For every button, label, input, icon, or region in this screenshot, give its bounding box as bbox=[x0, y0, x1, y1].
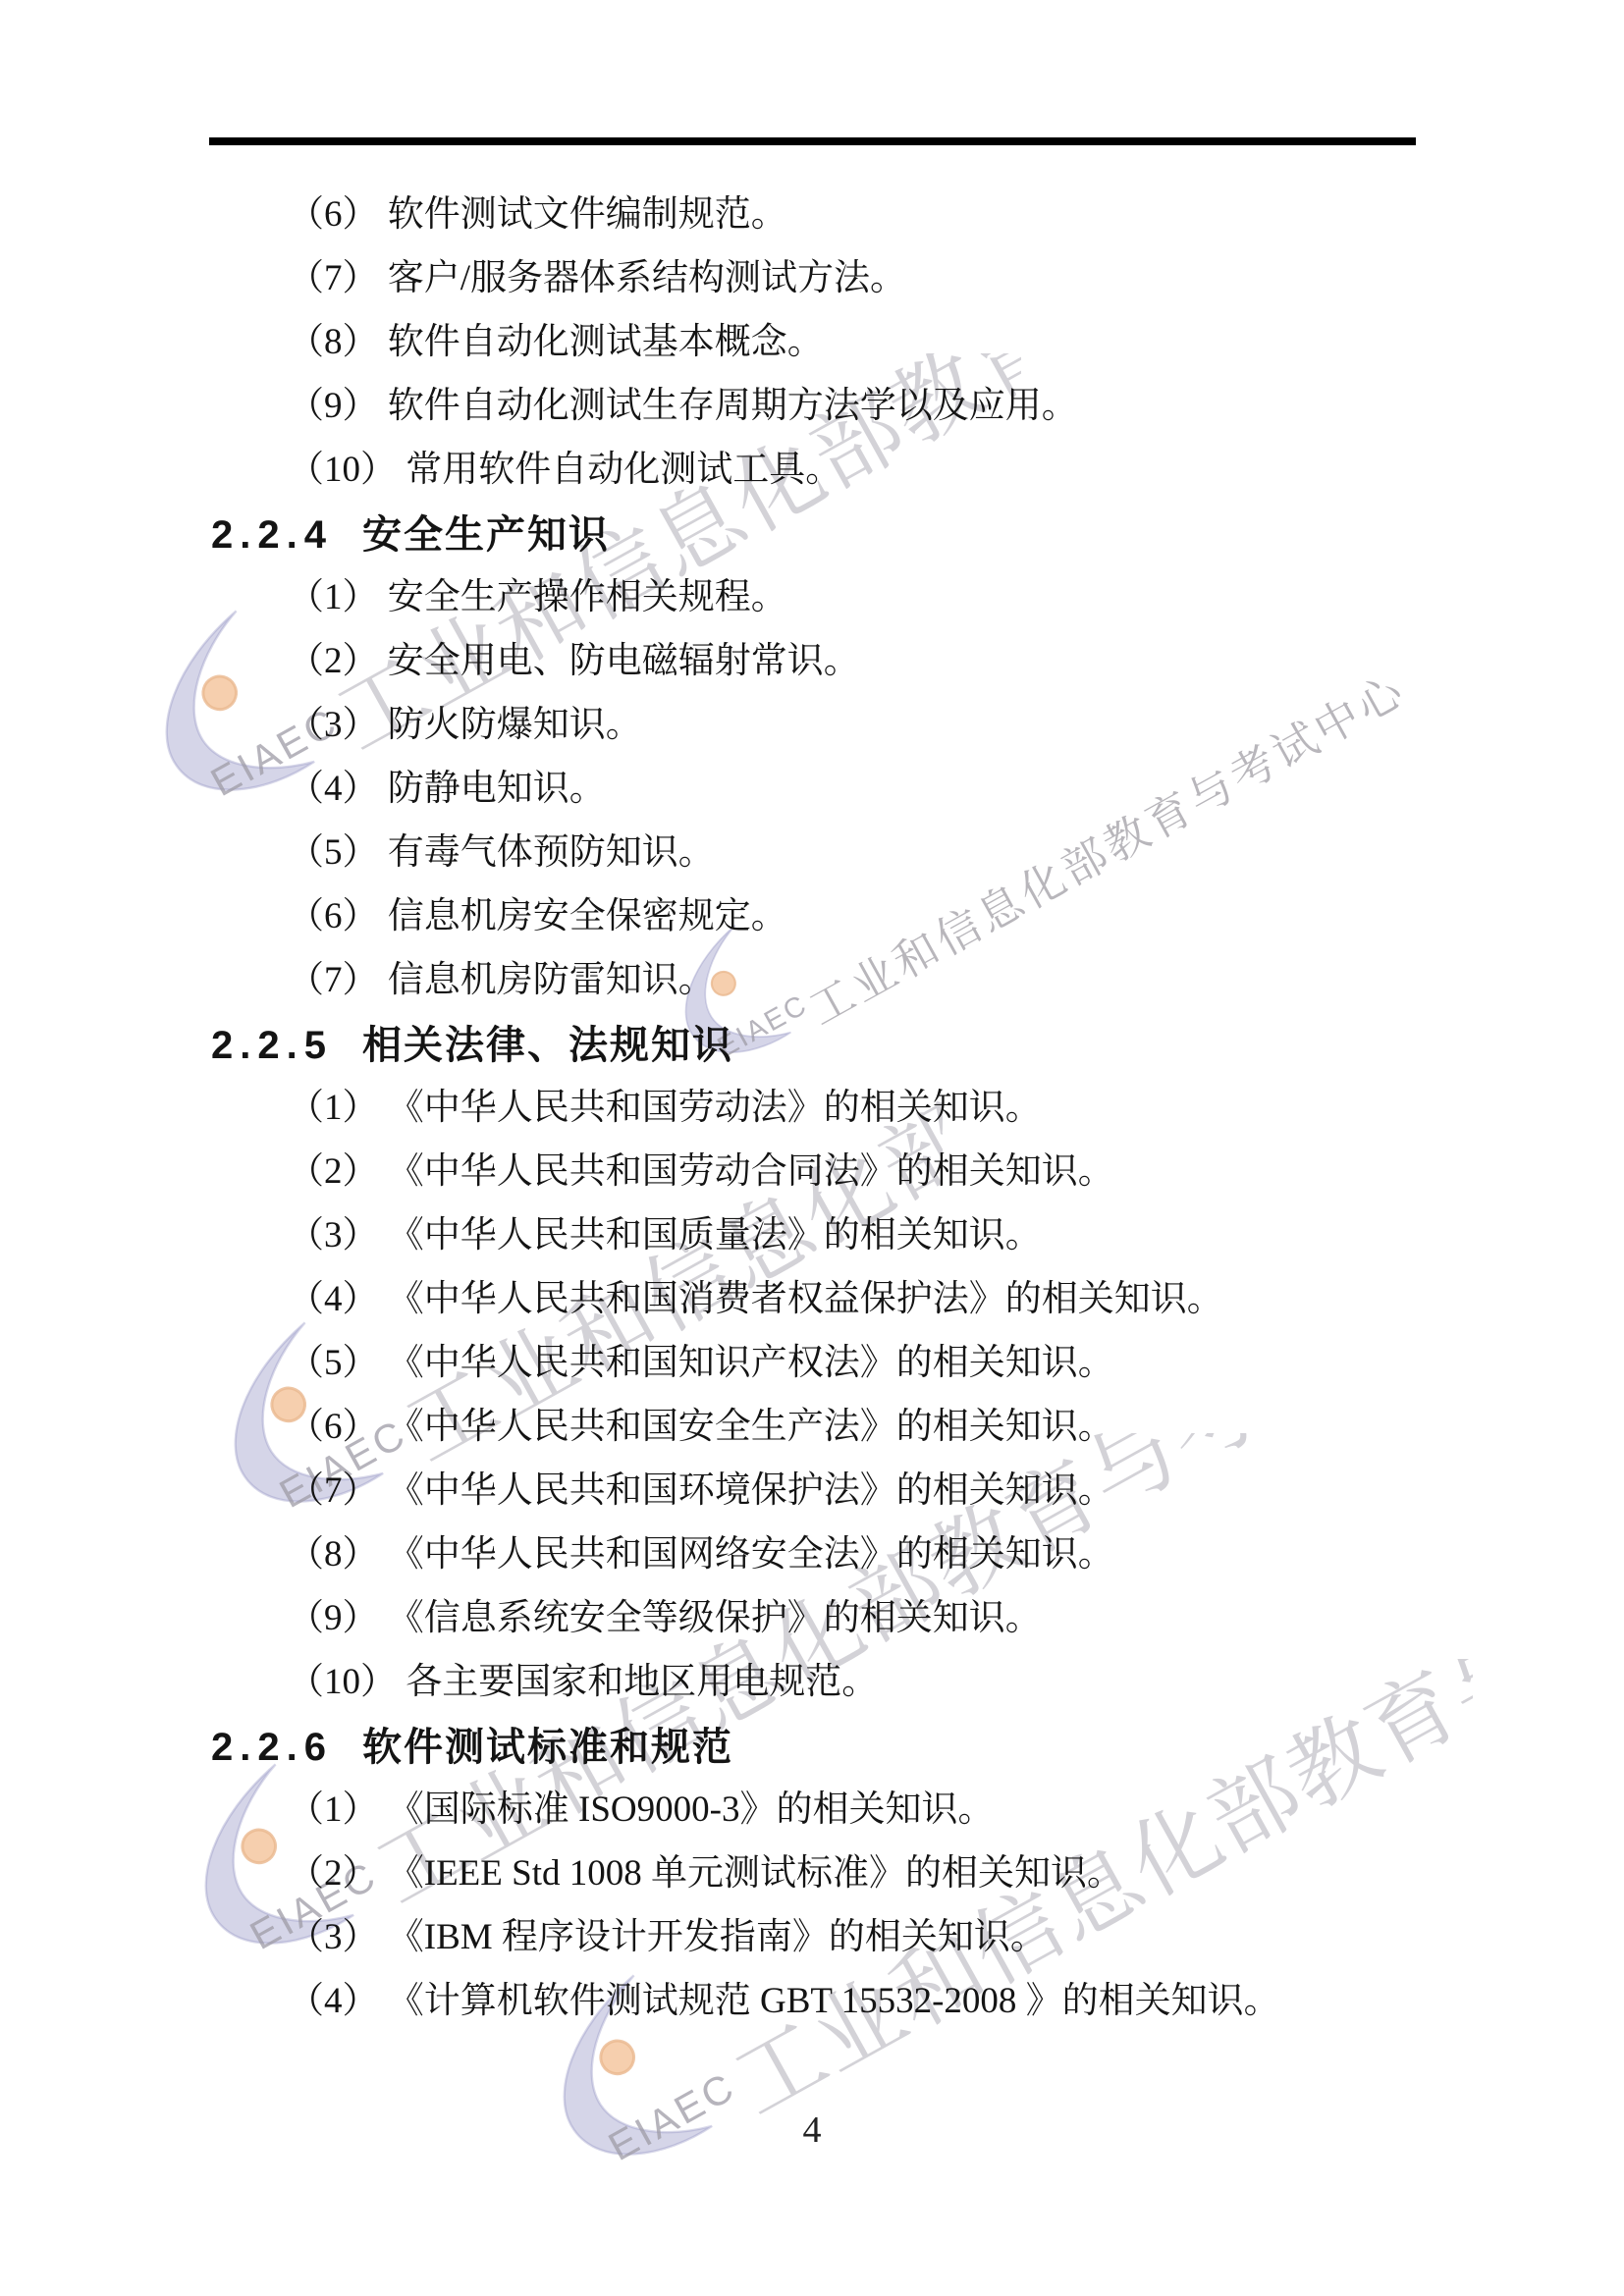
list-item: （5） 有毒气体预防知识。 bbox=[0, 831, 1624, 895]
section-title: 相关法律、法规知识 bbox=[362, 1024, 733, 1067]
list-item: （10） 常用软件自动化测试工具。 bbox=[0, 449, 1624, 512]
list-item: （8） 《中华人民共和国网络安全法》的相关知识。 bbox=[0, 1533, 1624, 1597]
list-item: （9） 《信息系统安全等级保护》的相关知识。 bbox=[0, 1597, 1624, 1661]
list-item: （3） 防火防爆知识。 bbox=[0, 704, 1624, 768]
list-item: （4） 《中华人民共和国消费者权益保护法》的相关知识。 bbox=[0, 1278, 1624, 1342]
header-rule bbox=[209, 137, 1416, 145]
list-item: （1） 《国际标准 ISO9000-3》的相关知识。 bbox=[0, 1789, 1624, 1852]
list-item: （6） 信息机房安全保密规定。 bbox=[0, 895, 1624, 959]
list-item: （6） 《中华人民共和国安全生产法》的相关知识。 bbox=[0, 1406, 1624, 1469]
list-item: （3） 《中华人民共和国质量法》的相关知识。 bbox=[0, 1214, 1624, 1278]
list-item: （4） 防静电知识。 bbox=[0, 768, 1624, 831]
list-item: （5） 《中华人民共和国知识产权法》的相关知识。 bbox=[0, 1342, 1624, 1406]
section-number: 2.2.4 bbox=[211, 513, 333, 557]
list-item: （6） 软件测试文件编制规范。 bbox=[0, 193, 1624, 257]
list-item: （3） 《IBM 程序设计开发指南》的相关知识。 bbox=[0, 1916, 1624, 1980]
section-title: 软件测试标准和规范 bbox=[362, 1726, 733, 1769]
list-item: （10） 各主要国家和地区用电规范。 bbox=[0, 1661, 1624, 1725]
document-page: EIAEC 工业和信息化部教育与考试中心 EIAEC 工业和信息化部教育与考试中… bbox=[0, 0, 1624, 2296]
section-heading: 2.2.4安全生产知识 bbox=[0, 512, 1624, 576]
section-title: 安全生产知识 bbox=[362, 513, 610, 557]
list-item: （4） 《计算机软件测试规范 GBT 15532-2008 》的相关知识。 bbox=[0, 1980, 1624, 2044]
list-item: （8） 软件自动化测试基本概念。 bbox=[0, 321, 1624, 385]
list-item: （7） 《中华人民共和国环境保护法》的相关知识。 bbox=[0, 1469, 1624, 1533]
list-item: （2） 《中华人民共和国劳动合同法》的相关知识。 bbox=[0, 1150, 1624, 1214]
section-number: 2.2.6 bbox=[211, 1726, 333, 1769]
section-heading: 2.2.5相关法律、法规知识 bbox=[0, 1023, 1624, 1087]
list-item: （7） 信息机房防雷知识。 bbox=[0, 959, 1624, 1023]
list-item: （7） 客户/服务器体系结构测试方法。 bbox=[0, 257, 1624, 321]
list-item: （2） 安全用电、防电磁辐射常识。 bbox=[0, 640, 1624, 704]
section-number: 2.2.5 bbox=[211, 1024, 333, 1067]
list-item: （1） 安全生产操作相关规程。 bbox=[0, 576, 1624, 640]
list-item: （2） 《IEEE Std 1008 单元测试标准》的相关知识。 bbox=[0, 1852, 1624, 1916]
document-body: （6） 软件测试文件编制规范。（7） 客户/服务器体系结构测试方法。（8） 软件… bbox=[0, 193, 1624, 2044]
page-number: 4 bbox=[0, 2109, 1624, 2152]
list-item: （9） 软件自动化测试生存周期方法学以及应用。 bbox=[0, 385, 1624, 449]
list-item: （1） 《中华人民共和国劳动法》的相关知识。 bbox=[0, 1087, 1624, 1150]
section-heading: 2.2.6软件测试标准和规范 bbox=[0, 1725, 1624, 1789]
